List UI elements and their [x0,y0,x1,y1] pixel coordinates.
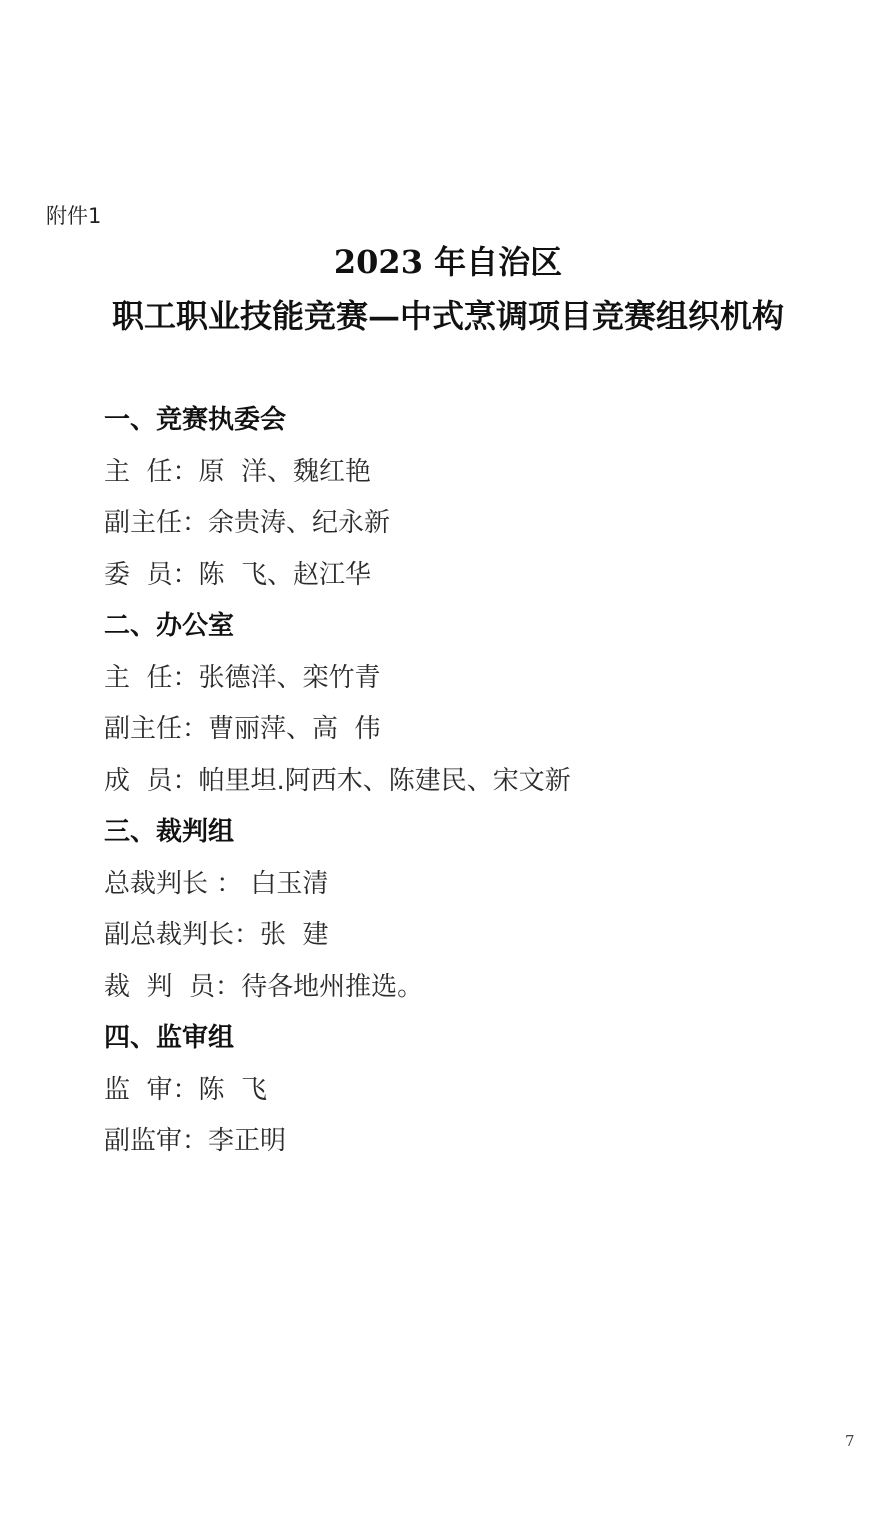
entry-names: 陈 飞、赵江华 [199,553,372,605]
entry-names: 张德洋、栾竹青 [199,656,381,708]
entry-role: 主 任： [104,656,199,708]
section-heading-executive-committee: 一、竞赛执委会 [104,398,571,450]
entry-role: 主 任： [104,450,199,502]
entry-names: 白玉清 [242,862,328,914]
section-heading-judging-panel: 三、裁判组 [104,810,571,862]
entry-names: 李正明 [208,1119,286,1171]
entry-line: 监 审：陈 飞 [104,1068,571,1120]
document-title-line-1: 2023 年自治区 [0,240,880,284]
entry-role: 副监审： [104,1119,208,1171]
entry-names: 待各地州推选。 [241,965,423,1017]
entry-line: 副总裁判长：张 建 [104,913,571,965]
entry-role: 副总裁判长： [104,913,260,965]
entry-names: 张 建 [260,913,329,965]
entry-names: 原 洋、魏红艳 [199,450,372,502]
entry-line: 裁 判 员：待各地州推选。 [104,965,571,1017]
entry-role: 裁 判 员： [104,965,241,1017]
entry-role: 总裁判长 ： [104,862,242,914]
attachment-label: 附件1 [46,200,101,230]
document-title-line-2: 职工职业技能竞赛—中式烹调项目竞赛组织机构 [0,292,880,340]
entry-line: 主 任：原 洋、魏红艳 [104,450,571,502]
entry-role: 成 员： [104,759,199,811]
entry-line: 总裁判长 ： 白玉清 [104,862,571,914]
entry-role: 委 员： [104,553,199,605]
organization-list: 一、竞赛执委会 主 任：原 洋、魏红艳 副主任：余贵涛、纪永新 委 员：陈 飞、… [104,398,571,1171]
entry-names: 帕里坦.阿西木、陈建民、宋文新 [199,759,571,811]
entry-line: 成 员：帕里坦.阿西木、陈建民、宋文新 [104,759,571,811]
page-number: 7 [845,1432,855,1450]
entry-line: 主 任：张德洋、栾竹青 [104,656,571,708]
entry-names: 曹丽萍、高 伟 [208,707,381,759]
section-heading-supervision-panel: 四、监审组 [104,1016,571,1068]
entry-line: 委 员：陈 飞、赵江华 [104,553,571,605]
entry-line: 副主任：曹丽萍、高 伟 [104,707,571,759]
entry-role: 监 审： [104,1068,199,1120]
entry-names: 陈 飞 [199,1068,268,1120]
entry-line: 副监审：李正明 [104,1119,571,1171]
entry-names: 余贵涛、纪永新 [208,501,390,553]
entry-role: 副主任： [104,707,208,759]
entry-role: 副主任： [104,501,208,553]
section-heading-office: 二、办公室 [104,604,571,656]
entry-line: 副主任：余贵涛、纪永新 [104,501,571,553]
